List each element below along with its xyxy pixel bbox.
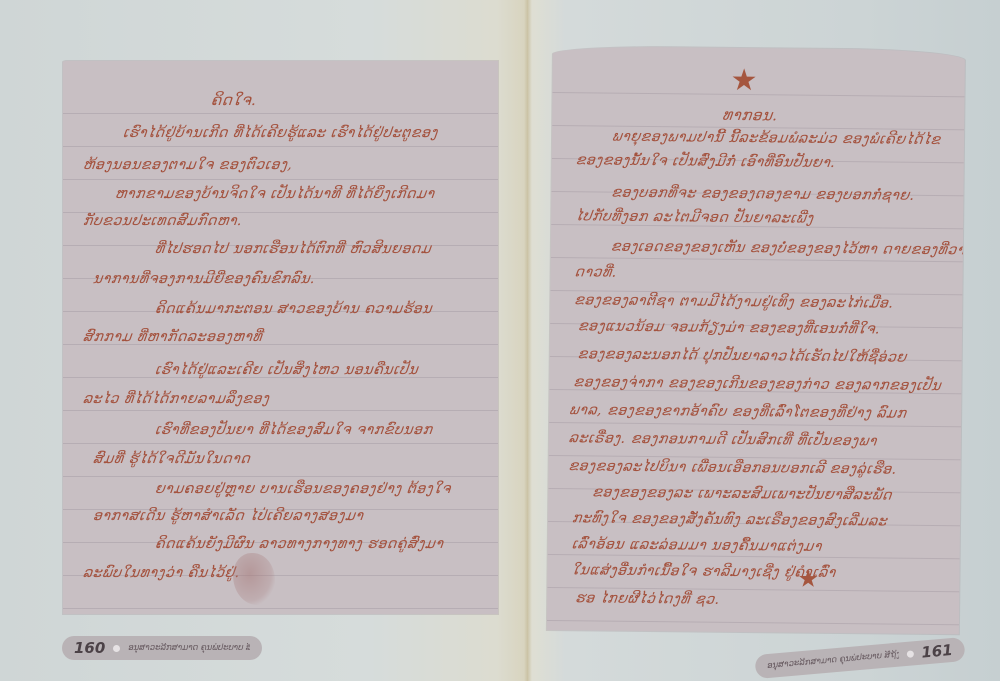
letter-line: ຍາມຄອຍຢູ່ຫຼາຍ ບານເຮືອນຂອງຄອງຢ່າງ ຕ້ອງໃຈ [154,481,452,497]
star-icon: ★ [730,66,757,96]
letter-line: ຂອງຂອງລາຕີຊາ ຕາມມີໄດ້ງາມຢູ່ເທິງ ຂອງລະໄກ່… [573,292,894,311]
letter-line: ຂອງຂອງນັ້ນໃຈ ເປັນສົ່ງມີກໍ່ ເອົາທີ່ອົນປັນ… [575,152,837,171]
letter-line: ທີ່ໄປຮອດໄປ ນອກເຮືອນໄດ້ຕົກທີ່ ຫົວສິນຍອດມ [154,241,432,257]
letter-line: ເຮົາໄດ້ຢູ່ບ້ານເກີດ ທີ່ໄດ້ເຄີຍຮູ້ແລະ ເຮົາ… [122,125,439,141]
letter-line: ກະທົງໃຈ ຂອງຂອງສັ່ງຄັນທົງ ລະເຣືອງຂອງສົງເລ… [571,510,888,529]
letter-salutation: ທາກອນ. [721,106,779,125]
letter-line: ໄປກັບທີ່ງອກ ລະໄຕມີຈອດ ປັນຍາລະເພີ່ງ [574,208,814,226]
letter-line: ຂອງແນວນ້ອມ ຈອມກ້ຽງມ່າ ຂອງຂອງທີ່ເອນກໍ່ທີ່… [577,318,881,337]
letter-line: ສົກກາມ ທີ່ຫາກັດລະອອງຫາທີ່ [82,329,263,345]
right-handwritten-letter: ★ ທາກອນ. ພາຍຸຂອງພາມປານີ້ ນີ້ລະຂ້ອມພໍລະມ່… [547,46,965,634]
left-page-footer: 160 ອນຸສາວະລີກສາມາດ ຄຸນພ່ປະບາບ ສີຖິງຄິດຈ… [62,636,262,660]
letter-line: ນາການທີ່ຈອງການມີຍີ່ຂອງຄົນຂົກລົນ. [92,271,316,287]
book-spread: ຄິດໃຈ. ເຮົາໄດ້ຢູ່ບ້ານເກີດ ທີ່ໄດ້ເຄີຍຮູ້ແ… [0,0,1000,681]
letter-line: ຄິດແຄ້ນມາກະຕອນ ສາວຂອງບ້ານ ຄວາມຮ້ອນ [154,301,433,317]
letter-line: ລະພົບໃນທາງວ່າ ຄືນໄວ້ຢູ່. [82,565,241,581]
dot-separator-icon [906,650,914,658]
letter-salutation: ຄິດໃຈ. [210,91,258,109]
page-number: 161 [921,641,954,662]
letter-line: ຮອ ໄກຍຜີໄວ່ໄດງທີ່ ຊວ. [574,590,720,607]
letter-line: ເລົ່າອ້ອນ ແລະລ່ອມມາ ນອງຄື້ນມາແຕ່ງມາ [571,536,823,555]
letter-line: ຂອງຂອງລະໄປບິນາ ເພື່ອນເອືອກອນບອກເລີ ຂອງລູ… [568,458,898,477]
letter-line: ພາຍຸຂອງພາມປານີ້ ນີ້ລະຂ້ອມພໍລະມ່ວ ຂອງພໍເຄ… [611,129,941,148]
star-icon: ★ [797,567,819,591]
book-gutter [524,0,532,681]
letter-line: ຂອງຂອງລະນອກໄດ້ ປຸກປັນຍາລາວໄດ້ເຮັດໄປໃຫ້ຊື… [577,346,908,365]
letter-line: ຄິດແຄ້ນຍັງມີຜົນ ລາວທາງກາງທາງ ຮອດຄູ່ສົ່ງມ… [154,536,444,552]
letter-line: ດາວທີ່. [574,264,618,280]
letter-line: ເຮົາໄດ້ຢູ່ແລະເຄີຍ ເປັນສິ່ງໄຫວ ນອນຄືນເປັນ [154,362,419,378]
letter-line: ສົມທີ່ ຮູ້ໄດ້ໃຈດີມັນໃນດາດ [92,451,251,467]
page-number: 160 [74,639,105,657]
letter-line: ຫ້ອງນອນຂອງຕາມໃຈ ຂອງຕົວເອງ, [82,157,293,173]
letter-line: ເຮົາທີ່ຂອງປັນຍາ ທີ່ໄດ້ຂອງສົມໃຈ ຈາກຂົບນອກ [154,422,433,438]
letter-line: ກັບຂວນປະເທດສົມກົດຫາ. [82,213,243,229]
letter-line: ຫາກຂາມຂອງບ້ານຈິດໃຈ ເປັນໄດ້ນາທີ ທີ່ໄດ້ຍິ່… [114,186,435,202]
running-footer-title: ອນຸສາວະລີກສາມາດ ຄຸນພ່ປະບາບ ສີຖິງຄິດຈີ່ [128,643,250,653]
letter-line: ຂອງບອກທີ່ຈະ ຂອງຂອງດອງຂາມ ຂອງບອກກໍ່ຊາຍ. [611,185,916,204]
running-footer-title: ອນຸສາວະລີກສາມາດ ຄຸນພ່ປະບາບ ສີຖິງຄິດຈີ່ [767,650,899,671]
letter-line: ລະໄວ ທີ່ໄດ້ໄດ້ກາຍລາມລຶງຂອງ [82,391,270,407]
left-handwritten-letter: ຄິດໃຈ. ເຮົາໄດ້ຢູ່ບ້ານເກີດ ທີ່ໄດ້ເຄີຍຮູ້ແ… [63,61,498,614]
letter-line: ຂອງຂອງຂອງລະ ເພາະລະສົມເພາະປັນຍາສືລະພັດ [591,484,893,503]
letter-line: ອາກາສເດີນ ຮູ້ຫາສໍາເລັດ ໄປ່ເຄີຍລາງສອງມາ [92,508,364,524]
dot-separator-icon [113,645,120,652]
letter-line: ລະເຣື່ອງ. ຂອງກອນກາມດີ ເປັນສົກເທີ່ ທີ່ເປັ… [568,430,878,449]
